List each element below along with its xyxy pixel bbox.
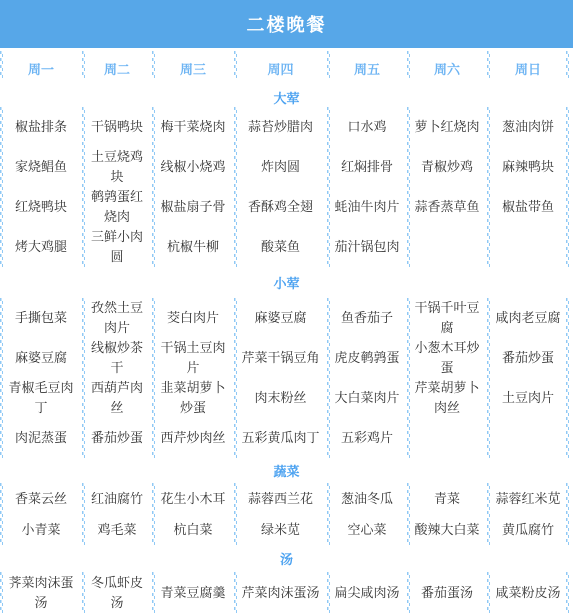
dish-slot: 鸡毛菜 <box>82 514 152 545</box>
dish-item: 土豆肉片 <box>502 388 554 408</box>
dish-slot: 芹菜肉沫蛋汤 <box>234 572 327 613</box>
dish-slot: 麻辣鸭块 <box>487 147 569 187</box>
menu-cell-vegetables-thu: 蒜蓉西兰花绿米苋 <box>234 483 327 545</box>
dish-item: 红焖排骨 <box>341 157 393 177</box>
dish-item: 茭白肉片 <box>167 308 219 328</box>
dish-slot: 扁尖咸肉汤 <box>327 572 407 613</box>
dish-item: 杭白菜 <box>173 520 212 540</box>
dish-slot: 葱油肉饼 <box>487 107 569 147</box>
section-main-meat: 大荤椒盐排条家烧鲳鱼红烧鸭块烤大鸡腿干锅鸭块土豆烧鸡块鹌鹑蛋红烧肉三鲜小肉圆梅干… <box>0 88 573 267</box>
day-header-tue: 周二 <box>82 48 152 88</box>
dish-item: 红烧鸭块 <box>15 197 67 217</box>
dish-item: 红油腐竹 <box>91 489 143 509</box>
dish-item: 大白菜肉片 <box>334 388 399 408</box>
dish-slot: 芹菜胡萝卜肉丝 <box>407 378 487 418</box>
dish-slot: 椒盐排条 <box>0 107 82 147</box>
menu-cell-soup-sun: 咸菜粉皮汤 <box>487 572 569 613</box>
day-header-thu: 周四 <box>234 48 327 88</box>
section-label-band: 大荤 <box>0 88 573 107</box>
dish-item: 蒜香蒸草鱼 <box>414 197 479 217</box>
menu-cell-small-meat-wed: 茭白肉片干锅土豆肉片韭菜胡萝卜炒蛋西芹炒肉丝 <box>152 298 234 458</box>
menu-cell-main-meat-sat: 萝卜红烧肉青椒炒鸡蒜香蒸草鱼 <box>407 107 487 267</box>
day-header-wed: 周三 <box>152 48 234 88</box>
section-grid-small-meat: 手撕包菜麻婆豆腐青椒毛豆肉丁肉泥蒸蛋孜然土豆肉片线椒炒茶干西葫芦肉丝番茄炒蛋茭白… <box>0 298 569 458</box>
menu-cell-soup-mon: 荠菜肉沫蛋汤 <box>0 572 82 613</box>
dish-item: 蒜蓉西兰花 <box>248 489 313 509</box>
dish-slot: 蒜香蒸草鱼 <box>407 187 487 227</box>
dish-slot: 鱼香茄子 <box>327 298 407 338</box>
dish-item: 梅干菜烧肉 <box>160 117 225 137</box>
dish-item: 口水鸡 <box>347 117 386 137</box>
dish-slot: 茄汁锅包肉 <box>327 227 407 267</box>
dish-item: 麻辣鸭块 <box>502 157 554 177</box>
dish-item: 青菜 <box>434 489 460 509</box>
dish-item: 土豆烧鸡块 <box>89 147 145 187</box>
dish-slot: 蒜蓉红米苋 <box>487 483 569 514</box>
day-header-mon: 周一 <box>0 48 82 88</box>
dish-slot: 鹌鹑蛋红烧肉 <box>82 187 152 227</box>
dish-item: 炸肉圆 <box>261 157 300 177</box>
dish-item: 家烧鲳鱼 <box>15 157 67 177</box>
dish-slot: 干锅鸭块 <box>82 107 152 147</box>
dish-slot: 土豆肉片 <box>487 378 569 418</box>
section-label-main-meat: 大荤 <box>273 88 299 107</box>
menu-cell-vegetables-fri: 葱油冬瓜空心菜 <box>327 483 407 545</box>
dish-slot: 西芹炒肉丝 <box>152 418 234 458</box>
dish-slot: 绿米苋 <box>234 514 327 545</box>
section-grid-main-meat: 椒盐排条家烧鲳鱼红烧鸭块烤大鸡腿干锅鸭块土豆烧鸡块鹌鹑蛋红烧肉三鲜小肉圆梅干菜烧… <box>0 107 569 267</box>
dish-slot: 冬瓜虾皮汤 <box>82 572 152 613</box>
dish-item: 酸辣大白菜 <box>414 520 479 540</box>
menu-cell-small-meat-thu: 麻婆豆腐芹菜干锅豆角肉末粉丝五彩黄瓜肉丁 <box>234 298 327 458</box>
dish-slot: 干锅土豆肉片 <box>152 338 234 378</box>
dish-slot: 番茄蛋汤 <box>407 572 487 613</box>
section-grid-vegetables: 香菜云丝小青菜红油腐竹鸡毛菜花生小木耳杭白菜蒜蓉西兰花绿米苋葱油冬瓜空心菜青菜酸… <box>0 483 569 545</box>
weekday-header-row: 周一周二周三周四周五周六周日 <box>0 48 569 88</box>
dish-item: 扁尖咸肉汤 <box>334 583 399 603</box>
dish-item: 韭菜胡萝卜炒蛋 <box>159 378 227 418</box>
dish-item: 烤大鸡腿 <box>15 237 67 257</box>
section-grid-soup: 荠菜肉沫蛋汤冬瓜虾皮汤青菜豆腐羹芹菜肉沫蛋汤扁尖咸肉汤番茄蛋汤咸菜粉皮汤 <box>0 572 569 613</box>
dish-slot: 梅干菜烧肉 <box>152 107 234 147</box>
menu-cell-soup-fri: 扁尖咸肉汤 <box>327 572 407 613</box>
dish-slot: 青菜 <box>407 483 487 514</box>
dish-item: 肉末粉丝 <box>254 388 306 408</box>
dish-slot: 椒盐扇子骨 <box>152 187 234 227</box>
dish-slot: 萝卜红烧肉 <box>407 107 487 147</box>
dish-item: 空心菜 <box>347 520 386 540</box>
dish-slot: 口水鸡 <box>327 107 407 147</box>
menu-cell-soup-sat: 番茄蛋汤 <box>407 572 487 613</box>
dish-slot: 红油腐竹 <box>82 483 152 514</box>
dish-slot: 韭菜胡萝卜炒蛋 <box>152 378 234 418</box>
menu-sections: 大荤椒盐排条家烧鲳鱼红烧鸭块烤大鸡腿干锅鸭块土豆烧鸡块鹌鹑蛋红烧肉三鲜小肉圆梅干… <box>0 88 573 613</box>
dish-item: 葱油肉饼 <box>502 117 554 137</box>
menu-cell-main-meat-mon: 椒盐排条家烧鲳鱼红烧鸭块烤大鸡腿 <box>0 107 82 267</box>
dish-slot: 干锅千叶豆腐 <box>407 298 487 338</box>
dish-item: 咸菜粉皮汤 <box>495 583 560 603</box>
dish-slot: 线椒炒茶干 <box>82 338 152 378</box>
dish-item: 孜然土豆肉片 <box>89 298 145 338</box>
menu-cell-vegetables-sun: 蒜蓉红米苋黄瓜腐竹 <box>487 483 569 545</box>
dish-item: 鸡毛菜 <box>97 520 136 540</box>
dish-slot: 小青菜 <box>0 514 82 545</box>
dish-item: 番茄蛋汤 <box>421 583 473 603</box>
dish-item: 酸菜鱼 <box>261 237 300 257</box>
dish-slot: 杭椒牛柳 <box>152 227 234 267</box>
dish-slot: 葱油冬瓜 <box>327 483 407 514</box>
dish-slot: 肉末粉丝 <box>234 378 327 418</box>
day-header-fri: 周五 <box>327 48 407 88</box>
day-header-sat: 周六 <box>407 48 487 88</box>
dish-slot: 咸肉老豆腐 <box>487 298 569 338</box>
dish-item: 西葫芦肉丝 <box>89 378 145 418</box>
dish-item: 蒜蓉红米苋 <box>495 489 560 509</box>
dish-slot: 小葱木耳炒蛋 <box>407 338 487 378</box>
dish-slot: 三鲜小肉圆 <box>82 227 152 267</box>
dinner-menu-table: 二楼晚餐 周一周二周三周四周五周六周日 大荤椒盐排条家烧鲳鱼红烧鸭块烤大鸡腿干锅… <box>0 0 573 613</box>
dish-slot: 五彩鸡片 <box>327 418 407 458</box>
dish-slot: 肉泥蒸蛋 <box>0 418 82 458</box>
dish-item: 青椒毛豆肉丁 <box>7 378 75 418</box>
dish-slot: 蒜蓉西兰花 <box>234 483 327 514</box>
dish-item: 五彩黄瓜肉丁 <box>241 428 319 448</box>
dish-slot: 香酥鸡全翅 <box>234 187 327 227</box>
dish-item: 干锅土豆肉片 <box>159 338 227 378</box>
dish-item: 杭椒牛柳 <box>167 237 219 257</box>
dish-item: 芹菜胡萝卜肉丝 <box>414 378 480 418</box>
dish-item: 手撕包菜 <box>15 308 67 328</box>
dish-item: 三鲜小肉圆 <box>89 227 145 267</box>
dish-item: 蚝油牛肉片 <box>334 197 399 217</box>
dish-item: 线椒小烧鸡 <box>160 157 225 177</box>
dish-item: 番茄炒蛋 <box>502 348 554 368</box>
dish-item: 麻婆豆腐 <box>254 308 306 328</box>
dish-slot: 虎皮鹌鹑蛋 <box>327 338 407 378</box>
dish-item: 鱼香茄子 <box>341 308 393 328</box>
dish-item: 小青菜 <box>21 520 60 540</box>
dish-slot: 椒盐带鱼 <box>487 187 569 227</box>
dish-item: 花生小木耳 <box>160 489 225 509</box>
menu-cell-main-meat-fri: 口水鸡红焖排骨蚝油牛肉片茄汁锅包肉 <box>327 107 407 267</box>
dish-slot: 香菜云丝 <box>0 483 82 514</box>
dish-slot: 线椒小烧鸡 <box>152 147 234 187</box>
dish-slot: 番茄炒蛋 <box>487 338 569 378</box>
dish-item: 青椒炒鸡 <box>421 157 473 177</box>
menu-cell-small-meat-tue: 孜然土豆肉片线椒炒茶干西葫芦肉丝番茄炒蛋 <box>82 298 152 458</box>
dish-slot: 炸肉圆 <box>234 147 327 187</box>
dish-item: 萝卜红烧肉 <box>414 117 479 137</box>
dish-slot: 荠菜肉沫蛋汤 <box>0 572 82 613</box>
dish-slot: 红焖排骨 <box>327 147 407 187</box>
dish-slot: 花生小木耳 <box>152 483 234 514</box>
section-label-soup: 汤 <box>280 549 293 568</box>
section-soup: 汤荠菜肉沫蛋汤冬瓜虾皮汤青菜豆腐羹芹菜肉沫蛋汤扁尖咸肉汤番茄蛋汤咸菜粉皮汤 <box>0 545 573 613</box>
dish-item: 鹌鹑蛋红烧肉 <box>89 187 145 227</box>
menu-cell-soup-tue: 冬瓜虾皮汤 <box>82 572 152 613</box>
dish-slot: 番茄炒蛋 <box>82 418 152 458</box>
menu-cell-soup-thu: 芹菜肉沫蛋汤 <box>234 572 327 613</box>
dish-slot: 茭白肉片 <box>152 298 234 338</box>
menu-cell-main-meat-wed: 梅干菜烧肉线椒小烧鸡椒盐扇子骨杭椒牛柳 <box>152 107 234 267</box>
dish-slot: 五彩黄瓜肉丁 <box>234 418 327 458</box>
dish-slot: 咸菜粉皮汤 <box>487 572 569 613</box>
dish-item: 香菜云丝 <box>15 489 67 509</box>
section-small-meat: 小荤手撕包菜麻婆豆腐青椒毛豆肉丁肉泥蒸蛋孜然土豆肉片线椒炒茶干西葫芦肉丝番茄炒蛋… <box>0 267 573 458</box>
dish-slot: 芹菜干锅豆角 <box>234 338 327 378</box>
dish-item: 青菜豆腐羹 <box>160 583 225 603</box>
menu-cell-small-meat-fri: 鱼香茄子虎皮鹌鹑蛋大白菜肉片五彩鸡片 <box>327 298 407 458</box>
section-label-band: 小荤 <box>0 267 573 298</box>
dish-item: 咸肉老豆腐 <box>495 308 560 328</box>
dish-slot: 烤大鸡腿 <box>0 227 82 267</box>
dish-slot: 青椒毛豆肉丁 <box>0 378 82 418</box>
menu-cell-small-meat-sat: 干锅千叶豆腐小葱木耳炒蛋芹菜胡萝卜肉丝 <box>407 298 487 458</box>
menu-title: 二楼晚餐 <box>0 0 573 48</box>
section-label-small-meat: 小荤 <box>273 273 299 292</box>
dish-slot: 土豆烧鸡块 <box>82 147 152 187</box>
dish-item: 香酥鸡全翅 <box>248 197 313 217</box>
dish-slot: 空心菜 <box>327 514 407 545</box>
day-header-sun: 周日 <box>487 48 569 88</box>
menu-cell-vegetables-sat: 青菜酸辣大白菜 <box>407 483 487 545</box>
dish-item: 肉泥蒸蛋 <box>15 428 67 448</box>
dish-item: 绿米苋 <box>261 520 300 540</box>
dish-slot: 红烧鸭块 <box>0 187 82 227</box>
dish-slot: 手撕包菜 <box>0 298 82 338</box>
menu-cell-small-meat-sun: 咸肉老豆腐番茄炒蛋土豆肉片 <box>487 298 569 458</box>
menu-cell-main-meat-sun: 葱油肉饼麻辣鸭块椒盐带鱼 <box>487 107 569 267</box>
dish-item: 冬瓜虾皮汤 <box>89 573 145 613</box>
dish-item: 黄瓜腐竹 <box>502 520 554 540</box>
dish-slot: 黄瓜腐竹 <box>487 514 569 545</box>
dish-slot: 麻婆豆腐 <box>0 338 82 378</box>
menu-cell-vegetables-wed: 花生小木耳杭白菜 <box>152 483 234 545</box>
dish-slot: 西葫芦肉丝 <box>82 378 152 418</box>
section-vegetables: 蔬菜香菜云丝小青菜红油腐竹鸡毛菜花生小木耳杭白菜蒜蓉西兰花绿米苋葱油冬瓜空心菜青… <box>0 458 573 545</box>
menu-cell-vegetables-tue: 红油腐竹鸡毛菜 <box>82 483 152 545</box>
menu-cell-soup-wed: 青菜豆腐羹 <box>152 572 234 613</box>
dish-item: 虎皮鹌鹑蛋 <box>334 348 399 368</box>
dish-item: 干锅千叶豆腐 <box>414 298 480 338</box>
dish-item: 荠菜肉沫蛋汤 <box>7 573 75 613</box>
dish-slot: 麻婆豆腐 <box>234 298 327 338</box>
menu-cell-small-meat-mon: 手撕包菜麻婆豆腐青椒毛豆肉丁肉泥蒸蛋 <box>0 298 82 458</box>
dish-slot: 酸辣大白菜 <box>407 514 487 545</box>
dish-slot: 杭白菜 <box>152 514 234 545</box>
dish-item: 椒盐带鱼 <box>502 197 554 217</box>
dish-item: 西芹炒肉丝 <box>160 428 225 448</box>
dish-slot: 青椒炒鸡 <box>407 147 487 187</box>
menu-cell-main-meat-thu: 蒜苔炒腊肉炸肉圆香酥鸡全翅酸菜鱼 <box>234 107 327 267</box>
dish-item: 茄汁锅包肉 <box>334 237 399 257</box>
dish-item: 五彩鸡片 <box>341 428 393 448</box>
section-label-vegetables: 蔬菜 <box>273 461 299 480</box>
menu-cell-vegetables-mon: 香菜云丝小青菜 <box>0 483 82 545</box>
dish-item: 干锅鸭块 <box>91 117 143 137</box>
dish-slot: 蒜苔炒腊肉 <box>234 107 327 147</box>
dish-item: 芹菜干锅豆角 <box>241 348 319 368</box>
dish-item: 椒盐排条 <box>15 117 67 137</box>
dish-slot: 蚝油牛肉片 <box>327 187 407 227</box>
section-label-band: 汤 <box>0 545 573 572</box>
dish-slot: 酸菜鱼 <box>234 227 327 267</box>
dish-slot: 大白菜肉片 <box>327 378 407 418</box>
dish-slot: 家烧鲳鱼 <box>0 147 82 187</box>
dish-item: 葱油冬瓜 <box>341 489 393 509</box>
section-label-band: 蔬菜 <box>0 458 573 483</box>
dish-item: 蒜苔炒腊肉 <box>248 117 313 137</box>
menu-cell-main-meat-tue: 干锅鸭块土豆烧鸡块鹌鹑蛋红烧肉三鲜小肉圆 <box>82 107 152 267</box>
dish-slot: 青菜豆腐羹 <box>152 572 234 613</box>
dish-item: 线椒炒茶干 <box>89 338 145 378</box>
dish-item: 小葱木耳炒蛋 <box>414 338 480 378</box>
dish-item: 番茄炒蛋 <box>91 428 143 448</box>
dish-item: 麻婆豆腐 <box>15 348 67 368</box>
dish-slot: 孜然土豆肉片 <box>82 298 152 338</box>
dish-item: 芹菜肉沫蛋汤 <box>241 583 319 603</box>
dish-item: 椒盐扇子骨 <box>160 197 225 217</box>
